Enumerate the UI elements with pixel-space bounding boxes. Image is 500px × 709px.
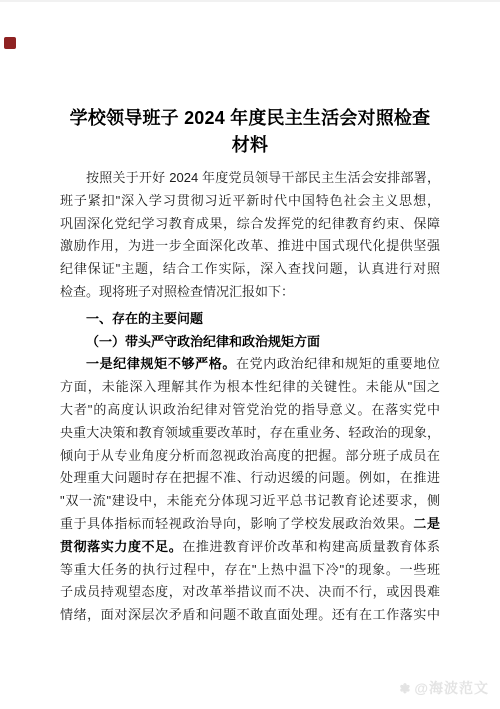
text-line: 班子紧扣"深入学习贯彻习近平新时代中国特色社会主义思想，	[60, 190, 440, 213]
bold-text-segment: （一）带头严守政治纪律和政治规矩方面	[86, 334, 320, 349]
text-segment: 重于具体指标而轻视政治导向，影响了学校发展政治效果。	[60, 516, 413, 531]
text-line: 激励作用，为进一步全面深化改革、推进中国式现代化提供坚强	[60, 235, 440, 258]
text-line: 纪律保证"主题，结合工作实际，深入查找问题，认真进行对照	[60, 258, 440, 281]
document-page: { "page": { "background": "#ffffff", "to…	[0, 0, 500, 709]
text-line: 重于具体指标而轻视政治导向，影响了学校发展政治效果。二是	[60, 513, 440, 536]
text-line: 大者"的高度认识政治纪律对管党治党的指导意义。在落实党中	[60, 399, 440, 422]
text-line: 方面，未能深入理解其作为根本性纪律的关键性。未能从"国之	[60, 376, 440, 399]
bold-text-segment: 贯彻落实力度不足。	[60, 539, 182, 554]
text-segment: 大者"的高度认识政治纪律对管党治党的指导意义。在落实党中	[60, 402, 440, 417]
document-body: 按照关于开好 2024 年度党员领导干部民主生活会安排部署，班子紧扣"深入学习贯…	[60, 167, 440, 627]
text-segment: 在党内政治纪律和规矩的重要地位	[236, 356, 440, 371]
text-line: 巩固深化党纪学习教育成果，综合发挥党的纪律教育约束、保障	[60, 213, 440, 236]
text-segment: 等重大任务的执行过程中，存在"上热中温下冷"的现象。一些班	[60, 562, 440, 577]
text-segment: 检查。现将班子对照检查情况汇报如下：	[60, 284, 294, 299]
watermark-text: @海波范文	[414, 680, 489, 696]
text-line: 一、存在的主要问题	[60, 308, 440, 331]
text-segment: 倾向于从专业角度分析而忽视政治高度的把握。部分班子成员在	[60, 448, 440, 463]
watermark-logo-icon: ❃	[399, 681, 411, 696]
text-line: 检查。现将班子对照检查情况汇报如下：	[60, 281, 440, 304]
bold-text-segment: 一是纪律规矩不够严格。	[86, 356, 236, 371]
watermark: ❃@海波范文	[399, 678, 489, 698]
text-line: （一）带头严守政治纪律和政治规矩方面	[60, 331, 440, 354]
text-line: 贯彻落实力度不足。在推进教育评价改革和构建高质量教育体系	[60, 536, 440, 559]
text-line: "双一流"建设中，未能充分体现习近平总书记教育论述要求，侧	[60, 490, 440, 513]
text-line: 子成员持观望态度，对改革举措议而不决、决而不行，或因畏难	[60, 581, 440, 604]
text-line: 一是纪律规矩不够严格。在党内政治纪律和规矩的重要地位	[60, 353, 440, 376]
text-segment: 纪律保证"主题，结合工作实际，深入查找问题，认真进行对照	[60, 261, 440, 276]
bold-text-segment: 二是	[413, 516, 440, 531]
text-segment: 方面，未能深入理解其作为根本性纪律的关键性。未能从"国之	[60, 379, 440, 394]
text-line: 央重大决策和教育领域重要改革时，存在重业务、轻政治的现象，	[60, 422, 440, 445]
text-segment: "双一流"建设中，未能充分体现习近平总书记教育论述要求，侧	[60, 493, 440, 508]
text-segment: 在推进教育评价改革和构建高质量教育体系	[182, 539, 440, 554]
text-segment: 班子紧扣"深入学习贯彻习近平新时代中国特色社会主义思想，	[60, 193, 440, 208]
text-line: 处理重大问题时存在把握不准、行动迟缓的问题。例如，在推进	[60, 467, 440, 490]
text-line: 按照关于开好 2024 年度党员领导干部民主生活会安排部署，	[60, 167, 440, 190]
text-line: 等重大任务的执行过程中，存在"上热中温下冷"的现象。一些班	[60, 559, 440, 582]
text-line: 情绪，面对深层次矛盾和问题不敢直面处理。还有在工作落实中	[60, 604, 440, 627]
bold-text-segment: 一、存在的主要问题	[86, 311, 203, 326]
page-title-line2: 材料	[60, 132, 440, 159]
page-title: 学校领导班子 2024 年度民主生活会对照检查 材料	[60, 105, 440, 159]
text-line: 倾向于从专业角度分析而忽视政治高度的把握。部分班子成员在	[60, 445, 440, 468]
text-segment: 情绪，面对深层次矛盾和问题不敢直面处理。还有在工作落实中	[60, 607, 440, 622]
text-segment: 激励作用，为进一步全面深化改革、推进中国式现代化提供坚强	[60, 238, 440, 253]
text-segment: 巩固深化党纪学习教育成果，综合发挥党的纪律教育约束、保障	[60, 216, 440, 231]
page-title-line1: 学校领导班子 2024 年度民主生活会对照检查	[60, 105, 440, 132]
text-segment: 按照关于开好 2024 年度党员领导干部民主生活会安排部署，	[86, 170, 440, 185]
text-segment: 央重大决策和教育领域重要改革时，存在重业务、轻政治的现象，	[60, 425, 440, 440]
document-content: 学校领导班子 2024 年度民主生活会对照检查 材料 按照关于开好 2024 年…	[0, 0, 500, 627]
text-segment: 子成员持观望态度，对改革举措议而不决、决而不行，或因畏难	[60, 584, 440, 599]
text-segment: 处理重大问题时存在把握不准、行动迟缓的问题。例如，在推进	[60, 470, 440, 485]
